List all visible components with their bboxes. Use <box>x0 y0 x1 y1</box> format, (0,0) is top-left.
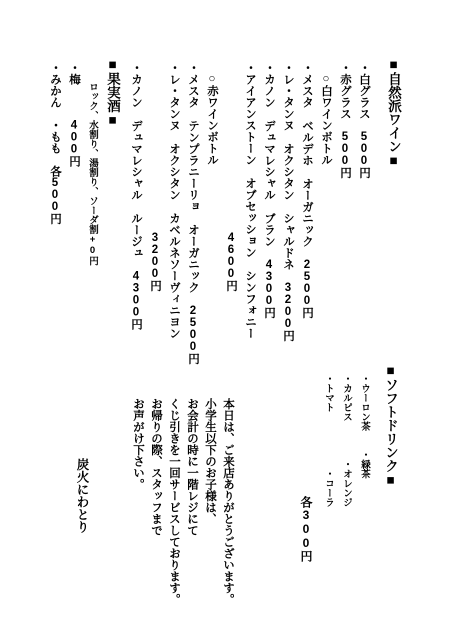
price-note: 各300円 <box>297 363 315 611</box>
section-header: ■果実酒■ <box>102 57 122 349</box>
notice-line: お帰りの際、スタッフまで <box>147 363 165 611</box>
menu-item: ・カノン デュマレシャル ブラン 4300円 <box>259 57 278 349</box>
price-continuation: 3200円 <box>145 57 164 349</box>
menu-item: ・アイアンストーン オブセッション シンフォニー <box>240 57 259 349</box>
menu-item: ・カルピス ・オレンジ <box>337 363 355 611</box>
notice-line: 本日は、ご来店ありがとうございます。 <box>219 363 237 611</box>
menu-item: ・カノン デュマレシャル ルージュ 4300円 <box>126 57 145 349</box>
menu-item: ・みかん ・もも 各500円 <box>45 57 64 349</box>
section-header: ■自然派ワイン■ <box>383 57 403 349</box>
notice-line: お会計の時に一階レジにて <box>183 363 201 611</box>
serving-note: ロック、水割り、湯割り、ソーダ割+0円 <box>83 57 102 349</box>
menu-item: ・白グラス 500円 <box>354 57 373 349</box>
notice-line: 小学生以下のお子様は、 <box>201 363 219 611</box>
notice-line: お声がけ下さい。 <box>129 363 147 611</box>
notice-line: くじ引きを一回サービスしております。 <box>165 363 183 611</box>
section-header: ■ソフトドリンク■ <box>380 363 400 611</box>
menu-item: ・梅 400円 <box>64 57 83 349</box>
menu-subheader: ○白ワインボトル <box>316 57 335 349</box>
menu-item: ・トマト ・コーラ <box>319 363 337 611</box>
menu-item: ・メスタ テンプラニーリョ オーガニック 2500円 <box>183 57 202 349</box>
menu-item: ・レ・タンヌ オクシタン カベルネソーヴィニヨン <box>164 57 183 349</box>
wine-menu-section: ■自然派ワイン■・白グラス 500円・赤グラス 500円○白ワインボトル・メスタ… <box>45 57 403 349</box>
shop-name: 炭火にわとり <box>72 363 91 611</box>
menu-item: ・赤グラス 500円 <box>335 57 354 349</box>
drinks-info-section: ■ソフトドリンク■・ウーロン茶 ・緑茶・カルピス ・オレンジ・トマト ・コーラ各… <box>72 363 400 611</box>
menu-item: ・ウーロン茶 ・緑茶 <box>355 363 373 611</box>
menu-page: ■自然派ワイン■・白グラス 500円・赤グラス 500円○白ワインボトル・メスタ… <box>0 0 451 640</box>
menu-item: ・レ・タンヌ オクシタン シャルドネ 3200円 <box>278 57 297 349</box>
price-continuation: 4600円 <box>221 57 240 349</box>
menu-subheader: ○赤ワインボトル <box>202 57 221 349</box>
menu-item: ・メスタ ベルデホ オーガニック 2500円 <box>297 57 316 349</box>
